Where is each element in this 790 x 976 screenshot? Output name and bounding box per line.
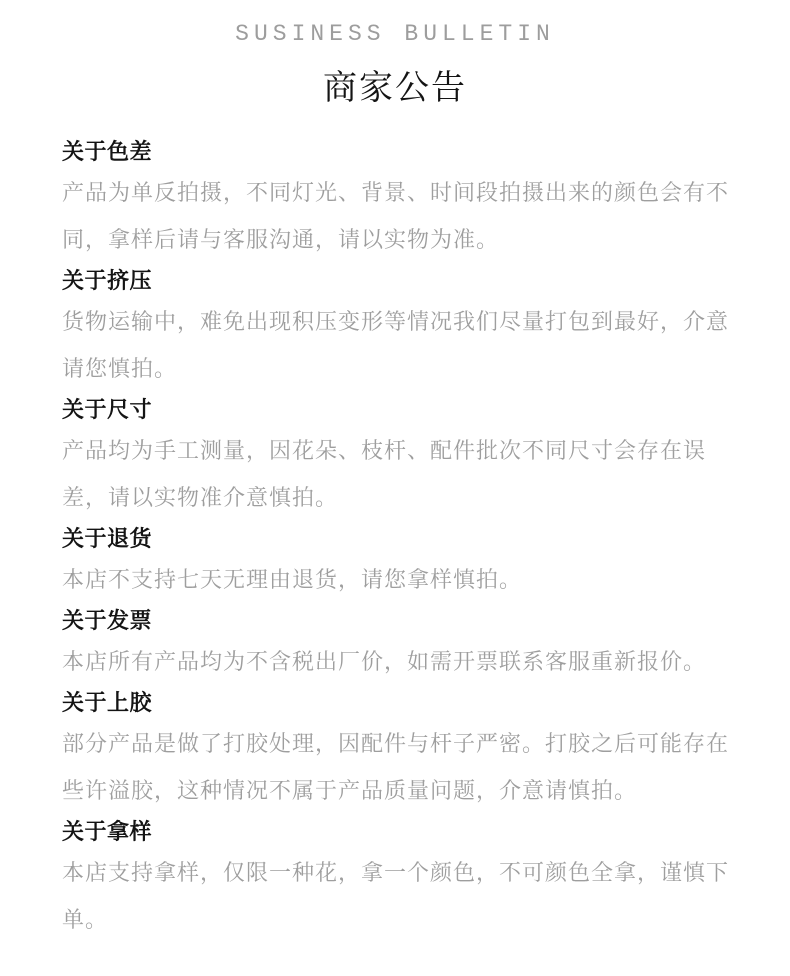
section-body: 货物运输中，难免出现积压变形等情况我们尽量打包到最好，介意 请您慎拍。 xyxy=(62,298,745,392)
section-title: 关于拿样 xyxy=(62,814,745,849)
section-dimensions: 关于尺寸 产品均为手工测量，因花朵、枝杆、配件批次不同尺寸会存在误 差，请以实物… xyxy=(62,392,745,521)
section-color-difference: 关于色差 产品为单反拍摄，不同灯光、背景、时间段拍摄出来的颜色会有不 同，拿样后… xyxy=(62,134,745,263)
section-gluing: 关于上胶 部分产品是做了打胶处理，因配件与杆子严密。打胶之后可能存在 些许溢胶，… xyxy=(62,685,745,814)
merchant-bulletin-page: SUSINESS BULLETIN 商家公告 关于色差 产品为单反拍摄，不同灯光… xyxy=(0,0,790,976)
section-title: 关于尺寸 xyxy=(62,392,745,427)
section-body: 产品为单反拍摄，不同灯光、背景、时间段拍摄出来的颜色会有不 同，拿样后请与客服沟… xyxy=(62,169,745,263)
page-title: 商家公告 xyxy=(0,70,790,106)
section-title: 关于上胶 xyxy=(62,685,745,720)
notice-sections: 关于色差 产品为单反拍摄，不同灯光、背景、时间段拍摄出来的颜色会有不 同，拿样后… xyxy=(0,134,790,943)
section-body: 本店不支持七天无理由退货，请您拿样慎拍。 xyxy=(62,556,745,603)
section-sampling: 关于拿样 本店支持拿样，仅限一种花，拿一个颜色，不可颜色全拿，谨慎下 单。 xyxy=(62,814,745,943)
section-returns: 关于退货 本店不支持七天无理由退货，请您拿样慎拍。 xyxy=(62,521,745,603)
section-title: 关于发票 xyxy=(62,603,745,638)
section-invoice: 关于发票 本店所有产品均为不含税出厂价，如需开票联系客服重新报价。 xyxy=(62,603,745,685)
section-body: 部分产品是做了打胶处理，因配件与杆子严密。打胶之后可能存在 些许溢胶，这种情况不… xyxy=(62,720,745,814)
section-body: 本店所有产品均为不含税出厂价，如需开票联系客服重新报价。 xyxy=(62,638,745,685)
section-body: 本店支持拿样，仅限一种花，拿一个颜色，不可颜色全拿，谨慎下 单。 xyxy=(62,849,745,943)
section-title: 关于退货 xyxy=(62,521,745,556)
section-title: 关于色差 xyxy=(62,134,745,169)
section-body: 产品均为手工测量，因花朵、枝杆、配件批次不同尺寸会存在误 差，请以实物准介意慎拍… xyxy=(62,427,745,521)
bulletin-subtitle-en: SUSINESS BULLETIN xyxy=(0,22,790,46)
section-title: 关于挤压 xyxy=(62,263,745,298)
section-compression: 关于挤压 货物运输中，难免出现积压变形等情况我们尽量打包到最好，介意 请您慎拍。 xyxy=(62,263,745,392)
